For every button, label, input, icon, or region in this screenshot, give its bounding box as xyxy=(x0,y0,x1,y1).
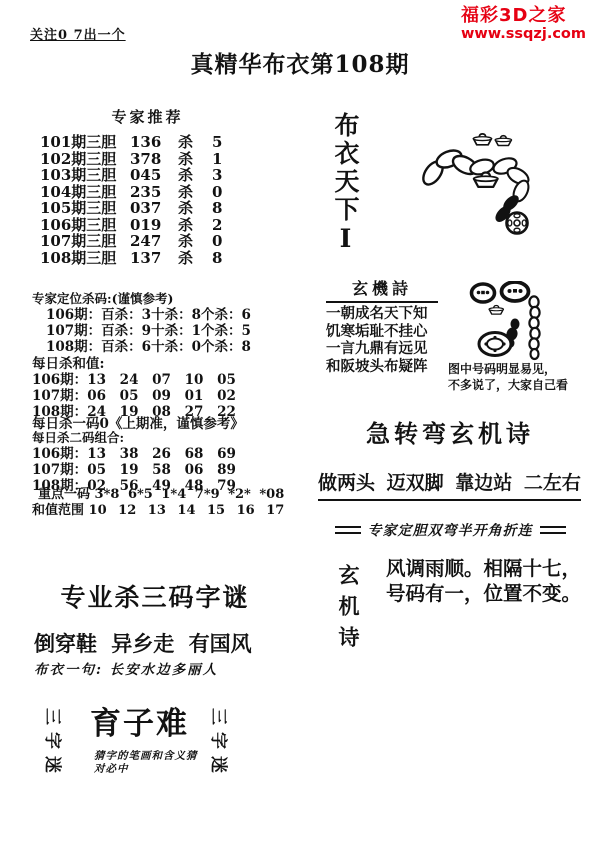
section-title: 每日杀二码组合: xyxy=(32,428,236,446)
table-row: 104期三胆235杀0 xyxy=(40,184,255,201)
buyi-tianxia-title: 布衣天下I xyxy=(327,112,363,256)
list-item: 107期：05 19 58 06 89 xyxy=(32,462,236,478)
list-item: 106期：13 38 26 68 69 xyxy=(32,446,236,462)
sharp-turn-title: 急转弯玄机诗 xyxy=(310,414,590,449)
watch-note: 关注0 7出一个 xyxy=(30,24,126,43)
table-row: 107期三胆247杀0 xyxy=(40,233,255,250)
coin-icon xyxy=(479,333,511,356)
double-line-left xyxy=(335,526,361,534)
table-row: 103期三胆045杀3 xyxy=(40,167,255,184)
list-item: 107期：06 05 09 01 02 xyxy=(32,388,236,404)
page-title: 真精华布衣第108期 xyxy=(0,46,600,79)
brand-url: www.ssqzj.com xyxy=(461,26,586,42)
bottom-poem-text: 风调雨顺。相隔十七， 号码有一，位置不变。 xyxy=(386,556,581,606)
table-row: 101期三胆136杀5 xyxy=(40,134,255,151)
riddle-answer: 育子难 xyxy=(90,698,189,743)
xuanji-poem-section: 玄機詩 一朝成名天下知 饥寒垢耻不挂心 一言九鼎有远见 和阪坡头布疑阵 xyxy=(326,276,438,375)
bottom-poem-title: 玄机诗 xyxy=(333,564,363,657)
puzzle-title: 专业杀三码字谜 xyxy=(30,578,280,614)
bead-column-icon xyxy=(529,296,539,359)
daily-kill-sum-section: 每日杀和值: 106期：13 24 07 10 05 107期：06 05 09… xyxy=(32,352,236,420)
sum-range-line: 和值范围 10 12 13 14 15 16 17 xyxy=(32,499,284,518)
coins-ingot-beads-drawing xyxy=(468,281,548,361)
poem-line: 和阪坡头布疑阵 xyxy=(326,358,438,376)
coin-icon xyxy=(507,213,528,234)
poem-line: 一朝成名天下知 xyxy=(326,305,438,323)
table-row: 106期三胆019杀2 xyxy=(40,217,255,234)
figure-caption: 图中号码明显易见， 不多说了，大家自己看 xyxy=(448,362,568,393)
poem-line: 饥寒垢耻不挂心 xyxy=(326,323,438,341)
riddle-side-label-left: 三字迷 xyxy=(42,708,67,780)
table-row: 105期三胆037杀8 xyxy=(40,200,255,217)
gold-ingot-icon xyxy=(489,306,503,315)
kill-position-section: 专家定位杀码:(谨慎参考) 106期：百杀：3十杀：8个杀：6 107期：百杀：… xyxy=(32,289,251,356)
list-item: 107期：百杀：9十杀：1个杀：5 xyxy=(32,323,251,339)
poem-title: 玄機詩 xyxy=(326,276,438,303)
table-row: 102期三胆378杀1 xyxy=(40,151,255,168)
expert-recommend-section: 专家推荐 101期三胆136杀5 102期三胆378杀1 103期三胆045杀3… xyxy=(40,106,255,266)
puzzle-line: 倒穿鞋 异乡走 有国风 xyxy=(34,628,252,658)
buyi-sentence: 布衣一句: 长安水边多丽人 xyxy=(34,658,218,678)
gold-ingot-icon xyxy=(473,134,491,145)
list-item: 106期：13 24 07 10 05 xyxy=(32,372,236,388)
ingots-eggs-coin-drawing xyxy=(420,124,535,236)
lottery-sheet-page: 关注0 7出一个 福彩3D之家 www.ssqzj.com 真精华布衣第108期… xyxy=(0,0,600,851)
double-line-right xyxy=(540,526,566,534)
table-row: 108期三胆137杀8 xyxy=(40,250,255,267)
expert-dingdan-line: 专家定胆双弯半开角折连 xyxy=(310,520,590,540)
section-title: 专家定位杀码:(谨慎参考) xyxy=(32,289,251,307)
poem-line: 一言九鼎有远见 xyxy=(326,340,438,358)
section-title: 每日杀和值: xyxy=(32,352,236,372)
sharp-turn-hint: 做两头 迈双脚 靠边站 二左右 xyxy=(318,468,581,501)
list-item: 106期：百杀：3十杀：8个杀：6 xyxy=(32,307,251,323)
brand-name: 福彩3D之家 xyxy=(461,6,586,26)
section-title: 专家推荐 xyxy=(40,106,255,127)
coin-face-icon xyxy=(502,282,529,301)
gold-ingot-icon xyxy=(495,136,511,146)
coin-face-icon xyxy=(472,284,495,302)
site-brand: 福彩3D之家 www.ssqzj.com xyxy=(461,6,586,42)
riddle-side-label-right: 三字迷 xyxy=(208,708,233,780)
riddle-note: 猜字的笔画和含义猜 对必中 xyxy=(94,750,198,776)
